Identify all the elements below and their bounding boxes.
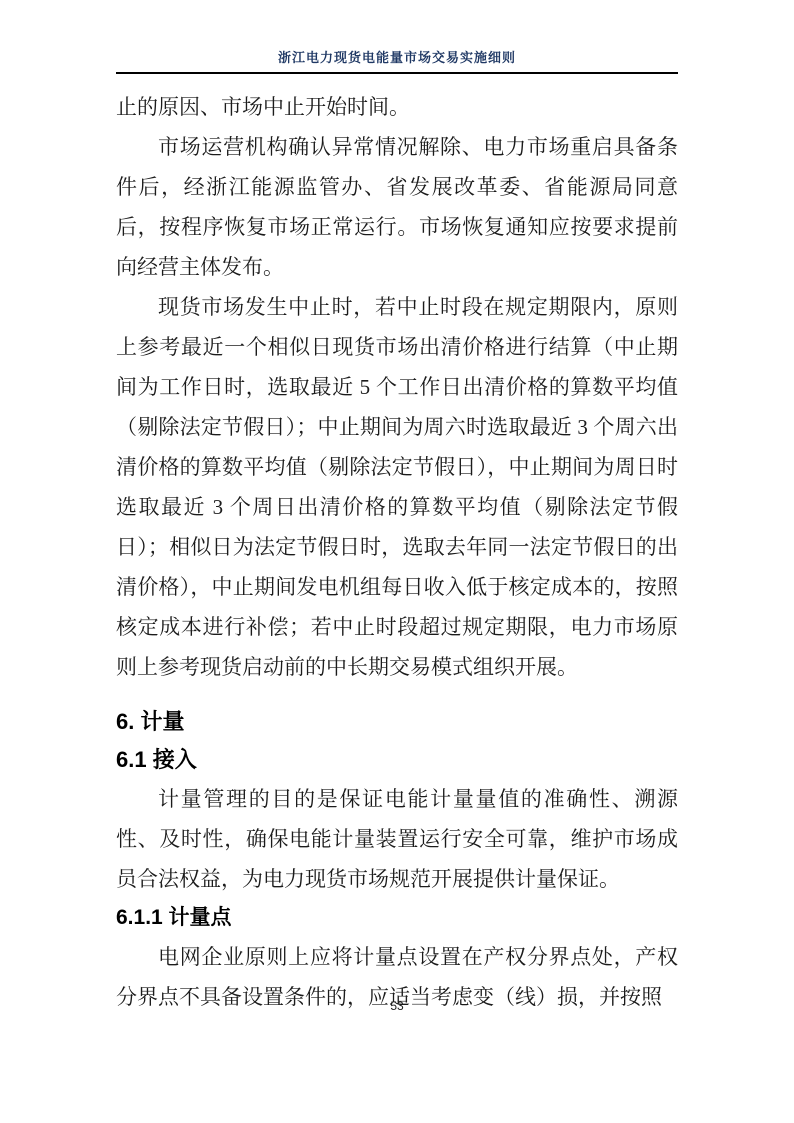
document-page: 浙江电力现货电能量市场交易实施细则 止的原因、市场中止开始时间。 市场运营机构确… [0, 0, 794, 1123]
page-header: 浙江电力现货电能量市场交易实施细则 [0, 0, 794, 74]
document-body: 止的原因、市场中止开始时间。 市场运营机构确认异常情况解除、电力市场重启具备条件… [116, 87, 678, 1017]
paragraph-suspension-settlement: 现货市场发生中止时，若中止时段在规定期限内，原则上参考最近一个相似日现货市场出清… [116, 287, 678, 687]
page-number: 53 [390, 999, 403, 1013]
paragraph-market-resume: 市场运营机构确认异常情况解除、电力市场重启具备条件后，经浙江能源监管办、省发展改… [116, 127, 678, 287]
paragraph-continuation: 止的原因、市场中止开始时间。 [116, 87, 678, 127]
page-footer: 53 [0, 997, 794, 1015]
running-header-title: 浙江电力现货电能量市场交易实施细则 [0, 47, 794, 66]
heading-section-6-1-access: 6.1 接入 [116, 745, 678, 775]
paragraph-metering-purpose: 计量管理的目的是保证电能计量量值的准确性、溯源性、及时性，确保电能计量装置运行安… [116, 779, 678, 899]
heading-section-6-metering: 6. 计量 [116, 707, 678, 737]
header-divider-rule [116, 72, 678, 74]
heading-section-6-1-1-metering-point: 6.1.1 计量点 [116, 903, 678, 933]
